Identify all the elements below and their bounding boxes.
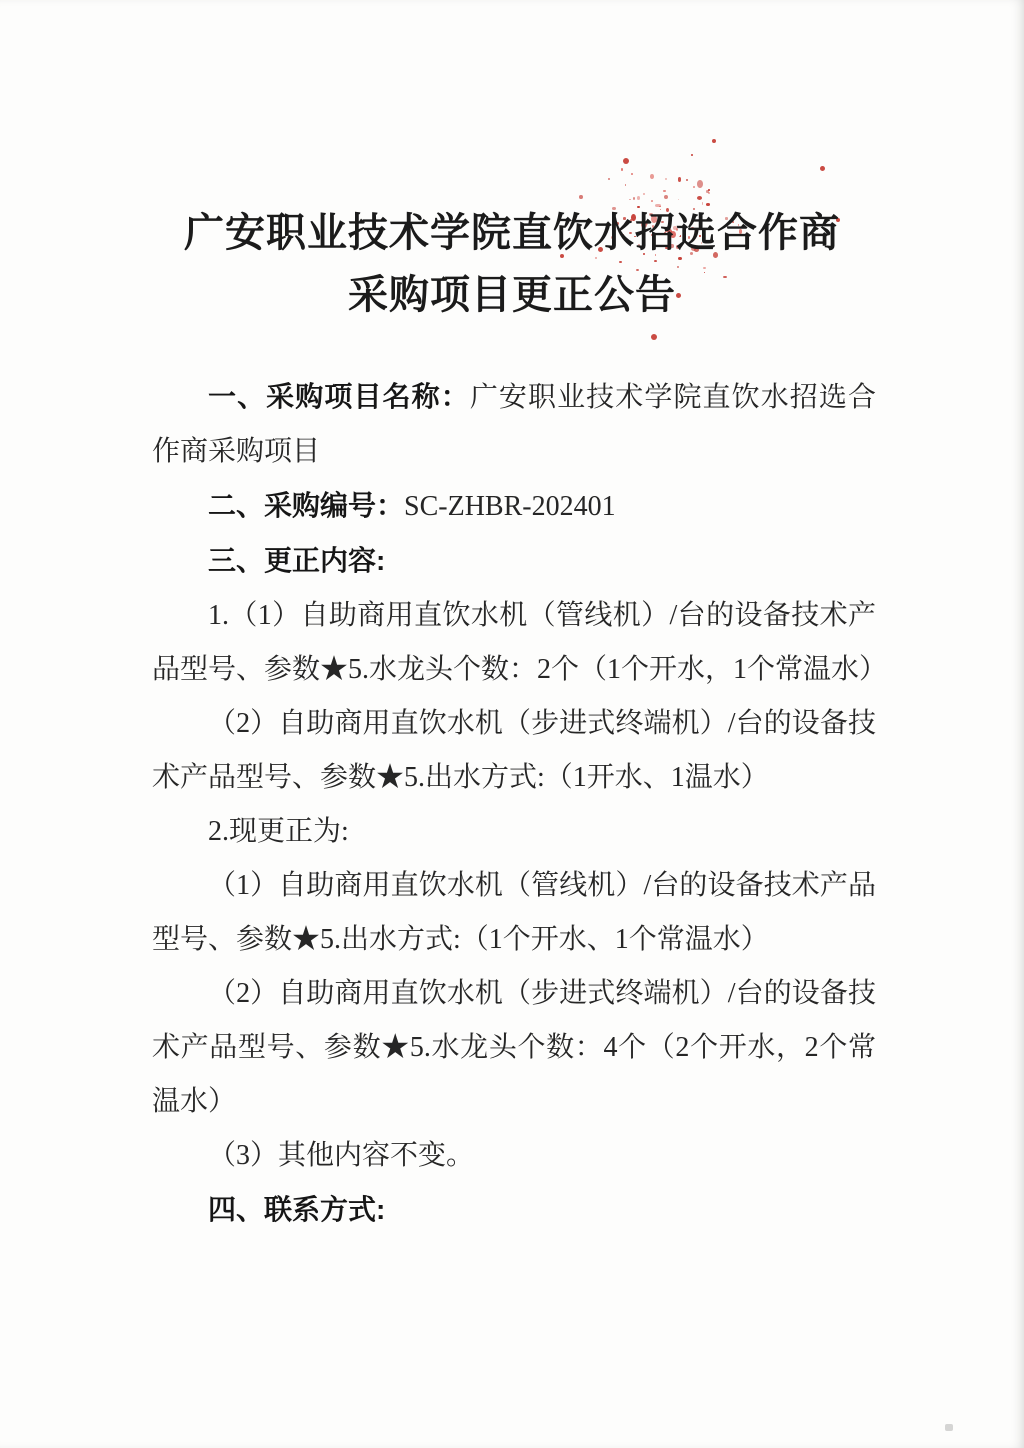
stamp-speckle — [608, 178, 610, 180]
paragraph-text: （3）其他内容不变。 — [208, 1140, 474, 1171]
stamp-speckle — [708, 192, 710, 194]
stamp-speckle — [623, 158, 629, 164]
paragraph: 一、采购项目名称：广安职业技术学院直饮水招选合作商采购项目 — [152, 370, 876, 479]
stamp-speckle — [625, 184, 627, 186]
paragraph: 2.现更正为: — [152, 805, 876, 859]
paragraph-heading: 四、联系方式: — [208, 1194, 385, 1225]
paragraph: 二、采购编号：SC-ZHBR-202401 — [152, 479, 876, 534]
stamp-speckle — [650, 174, 655, 179]
stamp-speckle — [678, 177, 682, 181]
paragraph-heading: 一、采购项目名称： — [208, 381, 470, 412]
stamp-speckle — [697, 180, 703, 188]
stamp-speckle — [637, 196, 640, 200]
stamp-speckle — [697, 196, 702, 200]
paragraph-text: （2）自助商用直饮水机（步进式终端机）/台的设备技术产品型号、参数★5.出水方式… — [152, 708, 876, 793]
paragraph: 三、更正内容: — [152, 534, 876, 589]
paragraph: （3）其他内容不变。 — [152, 1129, 876, 1183]
document-title: 广安职业技术学院直饮水招选合作商 采购项目更正公告 — [0, 202, 1024, 326]
stamp-speckle — [678, 199, 680, 200]
stamp-speckle — [693, 186, 695, 188]
stamp-speckle — [691, 154, 693, 156]
stamp-speckle — [708, 189, 710, 191]
paragraph: （2）自助商用直饮水机（步进式终端机）/台的设备技术产品型号、参数★5.出水方式… — [152, 697, 876, 805]
stamp-speckle — [631, 173, 633, 175]
stamp-speckle — [663, 190, 665, 193]
scan-artifact-mark — [945, 1424, 953, 1431]
stamp-speckle — [579, 195, 583, 199]
paragraph: （1）自助商用直饮水机（管线机）/台的设备技术产品型号、参数★5.出水方式:（1… — [152, 859, 876, 967]
document-body: 一、采购项目名称：广安职业技术学院直饮水招选合作商采购项目二、采购编号：SC-Z… — [152, 370, 876, 1238]
stamp-speckle — [712, 139, 716, 143]
paragraph-heading: 二、采购编号： — [208, 490, 404, 521]
document-page: 广安职业技术学院直饮水招选合作商 采购项目更正公告 一、采购项目名称：广安职业技… — [0, 0, 1024, 1448]
stamp-speckle — [686, 179, 688, 181]
paragraph-text: SC-ZHBR-202401 — [404, 491, 616, 522]
paragraph-text: 1.（1）自助商用直饮水机（管线机）/台的设备技术产品型号、参数★5.水龙头个数… — [152, 600, 887, 685]
paragraph: 四、联系方式: — [152, 1183, 876, 1238]
paragraph: 1.（1）自助商用直饮水机（管线机）/台的设备技术产品型号、参数★5.水龙头个数… — [152, 589, 876, 697]
paragraph-text: （2）自助商用直饮水机（步进式终端机）/台的设备技术产品型号、参数★5.水龙头个… — [152, 978, 876, 1117]
paragraph-text: 2.现更正为: — [208, 816, 349, 847]
document-title-line2: 采购项目更正公告 — [0, 264, 1024, 326]
paragraph-text: （1）自助商用直饮水机（管线机）/台的设备技术产品型号、参数★5.出水方式:（1… — [152, 870, 876, 955]
stamp-speckle — [820, 166, 825, 171]
stamp-speckle — [706, 190, 709, 194]
document-title-line1: 广安职业技术学院直饮水招选合作商 — [0, 202, 1024, 264]
stamp-speckle — [621, 168, 623, 170]
stamp-speckle — [633, 197, 635, 199]
stamp-speckle — [651, 334, 657, 340]
stamp-speckle — [665, 178, 668, 180]
paragraph-heading: 三、更正内容: — [208, 545, 385, 576]
stamp-speckle — [664, 195, 668, 199]
stamp-speckle — [643, 193, 646, 196]
paragraph: （2）自助商用直饮水机（步进式终端机）/台的设备技术产品型号、参数★5.水龙头个… — [152, 967, 876, 1129]
stamp-speckle — [629, 199, 631, 200]
